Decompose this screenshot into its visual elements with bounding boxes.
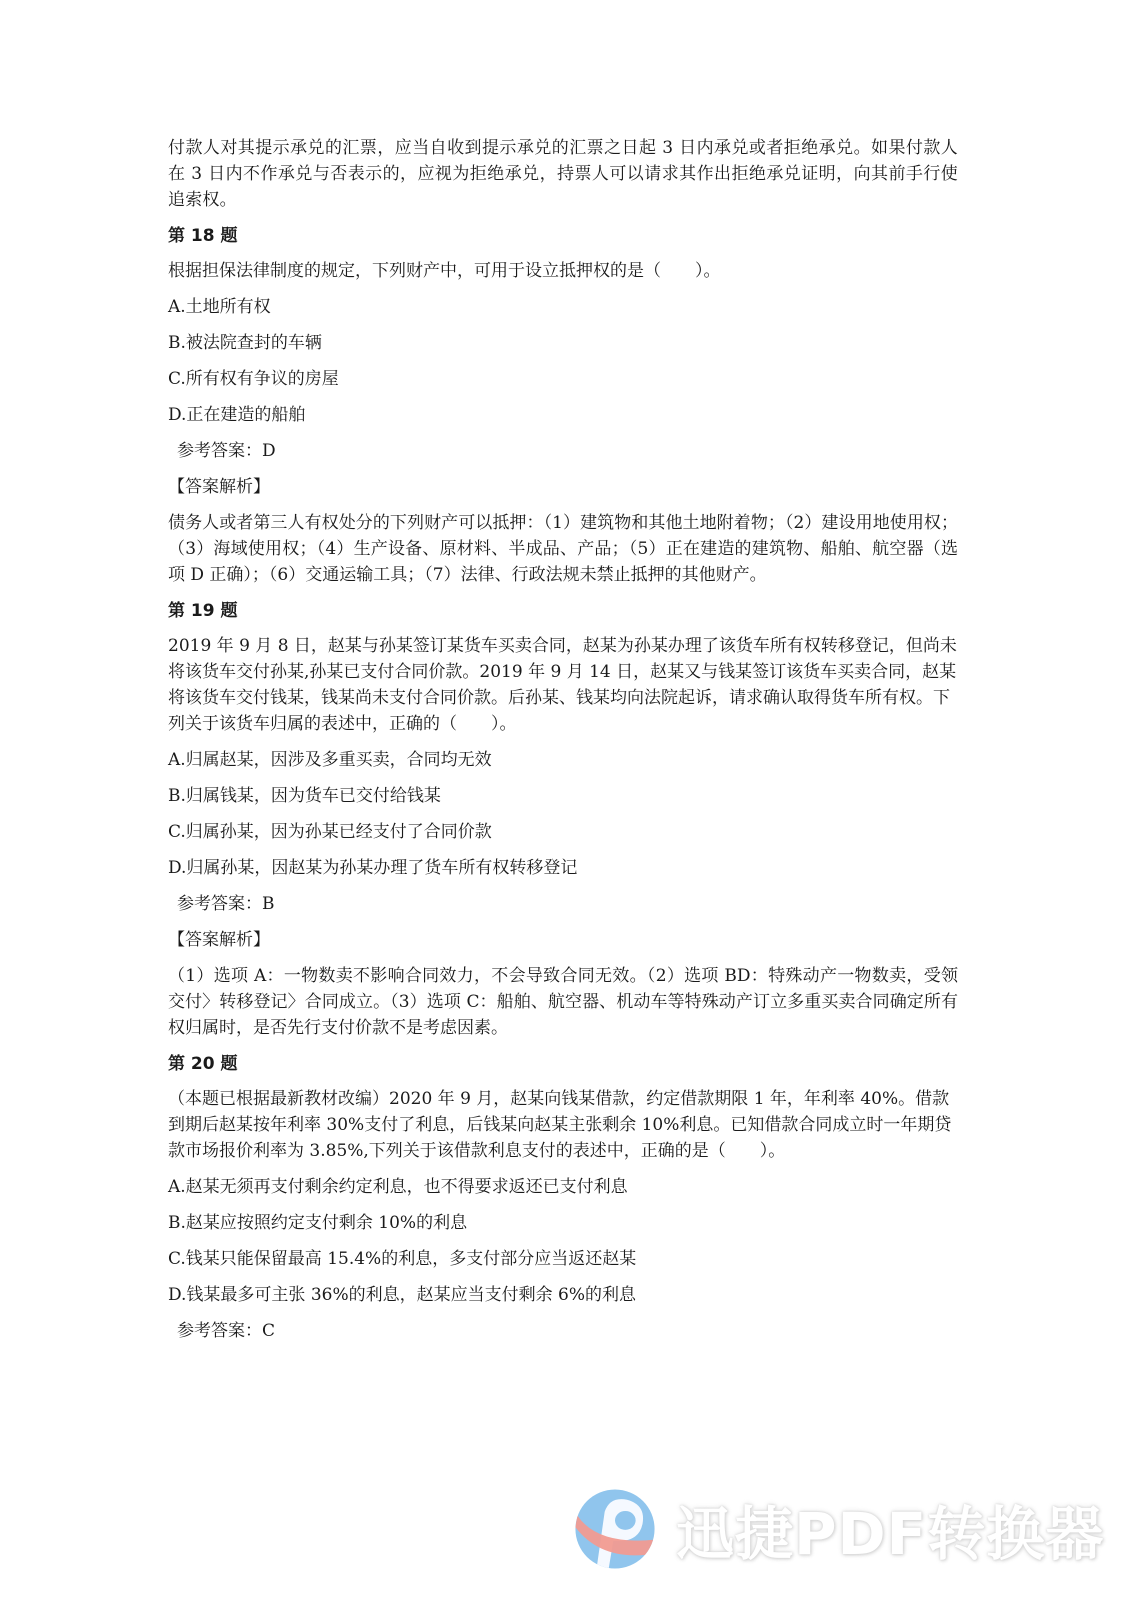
analysis-title: 【答案解析】 <box>168 927 958 953</box>
reference-answer: 参考答案：B <box>168 891 958 917</box>
watermark-text: 迅捷PDF转换器 <box>676 1487 1104 1571</box>
analysis-title: 【答案解析】 <box>168 474 958 500</box>
option-a: A.赵某无须再支付剩余约定利息，也不得要求返还已支付利息 <box>168 1174 958 1200</box>
option-c: C.所有权有争议的房屋 <box>168 366 958 392</box>
option-b: B.赵某应按照约定支付剩余 10%的利息 <box>168 1210 958 1236</box>
option-c: C.钱某只能保留最高 15.4%的利息，多支付部分应当返还赵某 <box>168 1246 958 1272</box>
question-stem: 2019 年 9 月 8 日，赵某与孙某签订某货车买卖合同，赵某为孙某办理了该货… <box>168 633 958 737</box>
analysis-text: 债务人或者第三人有权处分的下列财产可以抵押：（1）建筑物和其他土地附着物；（2）… <box>168 510 958 588</box>
reference-answer: 参考答案：D <box>168 438 958 464</box>
question-title: 第 19 题 <box>168 598 958 624</box>
question-title: 第 18 题 <box>168 223 958 249</box>
option-d: D.钱某最多可主张 36%的利息，赵某应当支付剩余 6%的利息 <box>168 1282 958 1308</box>
pdf-converter-logo-icon <box>572 1486 658 1572</box>
option-c: C.归属孙某，因为孙某已经支付了合同价款 <box>168 819 958 845</box>
question-18: 第 18 题 根据担保法律制度的规定，下列财产中，可用于设立抵押权的是（ ）。 … <box>168 223 958 588</box>
question-20: 第 20 题 （本题已根据最新教材改编）2020 年 9 月，赵某向钱某借款，约… <box>168 1051 958 1344</box>
question-stem: （本题已根据最新教材改编）2020 年 9 月，赵某向钱某借款，约定借款期限 1… <box>168 1086 958 1164</box>
document-page: 付款人对其提示承兑的汇票，应当自收到提示承兑的汇票之日起 3 日内承兑或者拒绝承… <box>0 0 1131 1600</box>
question-19: 第 19 题 2019 年 9 月 8 日，赵某与孙某签订某货车买卖合同，赵某为… <box>168 598 958 1041</box>
option-d: D.正在建造的船舶 <box>168 402 958 428</box>
intro-paragraph: 付款人对其提示承兑的汇票，应当自收到提示承兑的汇票之日起 3 日内承兑或者拒绝承… <box>168 135 958 213</box>
option-d: D.归属孙某，因赵某为孙某办理了货车所有权转移登记 <box>168 855 958 881</box>
reference-answer: 参考答案：C <box>168 1318 958 1344</box>
question-stem: 根据担保法律制度的规定，下列财产中，可用于设立抵押权的是（ ）。 <box>168 258 958 284</box>
option-b: B.归属钱某，因为货车已交付给钱某 <box>168 783 958 809</box>
option-a: A.土地所有权 <box>168 294 958 320</box>
page-content: 付款人对其提示承兑的汇票，应当自收到提示承兑的汇票之日起 3 日内承兑或者拒绝承… <box>168 135 958 1354</box>
option-a: A.归属赵某，因涉及多重买卖，合同均无效 <box>168 747 958 773</box>
watermark: 迅捷PDF转换器 <box>572 1483 1092 1575</box>
question-title: 第 20 题 <box>168 1051 958 1077</box>
option-b: B.被法院查封的车辆 <box>168 330 958 356</box>
analysis-text: （1）选项 A：一物数卖不影响合同效力，不会导致合同无效。（2）选项 BD：特殊… <box>168 963 958 1041</box>
